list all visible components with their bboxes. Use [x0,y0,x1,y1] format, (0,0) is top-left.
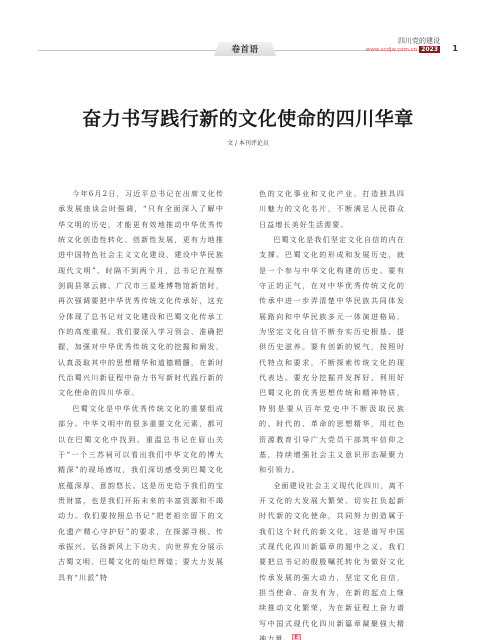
magazine-name: 四川党的建设 [398,36,440,46]
body-column-right: 色的文化事业和文化产业，打造独具四川魅力的文化名片，不断满足人民群众日益增长美好… [259,186,405,640]
paragraph-text: 全面建设社会主义现代化四川，离不开文化的大发展大繁荣。切实扛负起新时代新的文化使… [259,481,405,640]
article-byline: 文 / 本刊评论员 [0,138,496,147]
issue-year-badge: 2023 [419,46,440,53]
body-column-left: 今年6月2日，习近平总书记在出席文化传承发展座谈会时强调，“只有全面深入了解中华… [58,186,224,585]
paragraph: 巴蜀文化是我们坚定文化自信的内在支撑。巴蜀文化的形成和发展历史，就是一个参与中华… [259,232,405,478]
header-rule-left [38,50,218,51]
page-number: 1 [452,44,458,53]
end-mark-icon: E [292,634,301,640]
paragraph: 色的文化事业和文化产业，打造独具四川魅力的文化名片，不断满足人民群众日益增长美好… [259,186,405,232]
magazine-url: www.scdjw.com.cn [366,47,417,53]
paragraph: 今年6月2日，习近平总书记在出席文化传承发展座谈会时强调，“只有全面深入了解中华… [58,186,224,401]
magazine-url-line: www.scdjw.com.cn 2023 [366,46,440,53]
section-label: 卷首语 [231,43,258,55]
paragraph-final: 全面建设社会主义现代化四川，离不开文化的大发展大繁荣。切实扛负起新时代新的文化使… [259,478,405,640]
article-title: 奋力书写践行新的文化使命的四川华章 [0,104,496,131]
section-tab: 卷首语 [214,42,276,56]
paragraph: 巴蜀文化是中华优秀传统文化的重要组成部分。中华文明中的很多重要文化元素，都可以在… [58,401,224,585]
